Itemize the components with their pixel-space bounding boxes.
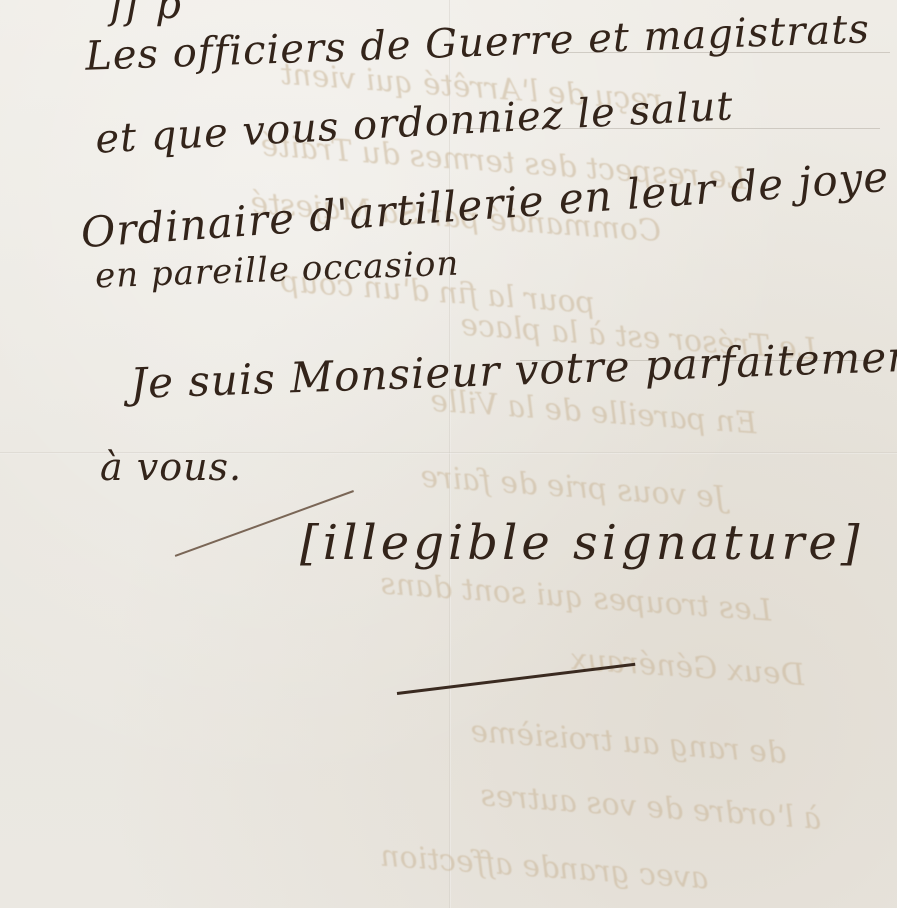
closing-line: à vous.	[100, 445, 242, 489]
signature: [illegible signature]	[300, 515, 864, 571]
top-fragment: ff p	[110, 0, 182, 28]
